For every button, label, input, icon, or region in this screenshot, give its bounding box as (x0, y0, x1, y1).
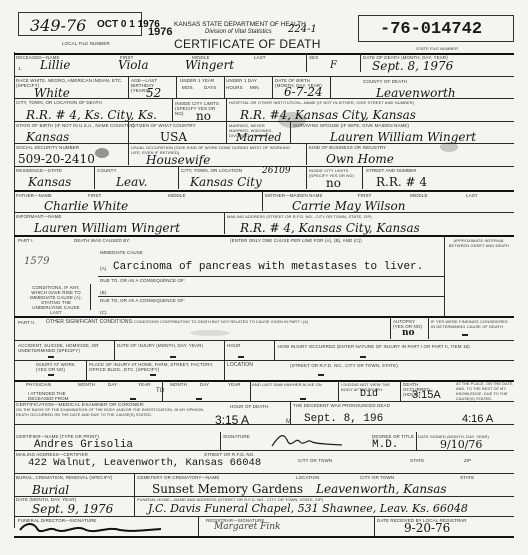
findings-label: IF YES WERE FINDINGS CONSIDERED IN DETER… (431, 319, 513, 329)
due-to-label: DUE TO, OR AS A CONSEQUENCE OF: (100, 298, 185, 303)
division-name: Division of Vital Statistics (205, 29, 272, 35)
to-month-label: MONTH (170, 382, 187, 387)
row-divider (14, 190, 514, 192)
col-divider (306, 144, 307, 165)
col-divider (290, 122, 291, 143)
deceased-last-name: Wingert (185, 58, 234, 72)
under1-days-label: DAYS (204, 85, 216, 90)
attended-to-blank (196, 398, 202, 400)
date-of-death: Sept. 8, 1976 (372, 59, 453, 73)
interval-label: APPROXIMATE INTERVAL BETWEEN ONSET AND D… (446, 238, 512, 248)
hospital-value: R.R. #4, Kansas City, Kansas (240, 108, 416, 122)
injury-location-label: LOCATION (227, 363, 253, 368)
at-work-blank (48, 374, 54, 376)
autopsy-value: no (402, 328, 415, 338)
col-divider (330, 77, 331, 98)
col-divider (444, 236, 445, 316)
col-divider (428, 317, 429, 339)
col-divider (226, 99, 227, 121)
under1day-min-label: MIN. (250, 85, 260, 90)
col-divider (250, 381, 251, 401)
mother-first-label: FIRST (358, 193, 372, 198)
informant-address-label: MAILING ADDRESS (STREET OR R.F.D. NO., C… (227, 214, 372, 219)
enter-cause-label: (ENTER ONLY ONE CAUSE PER LINE FOR (a), … (230, 238, 362, 243)
ssn-value: 509-20-2410 (18, 152, 95, 166)
local-file-number: 349-76 (30, 16, 86, 35)
cemetery-city-label: CITY OR TOWN (360, 475, 394, 480)
father-middle-label: MIDDLE (168, 193, 186, 198)
place-injury-label: PLACE OF INJURY AT HOME, FARM, STREET, F… (89, 362, 219, 372)
attended-day-label: DAY (108, 382, 117, 387)
county-label: COUNTY OF DEATH (363, 79, 407, 84)
row-divider (14, 121, 514, 122)
cemetery-name: Sunset Memory Gardens (152, 482, 303, 496)
row-divider (14, 424, 514, 425)
col-divider (374, 516, 375, 536)
row-divider (14, 76, 514, 77)
address-state-label: STATE (410, 458, 424, 463)
how-injury-blank (360, 356, 366, 358)
cemetery-state-label: STATE (460, 475, 474, 480)
col-divider (162, 381, 163, 401)
location-blank (318, 374, 324, 376)
death-occurred-note: AT THE PLACE, ON THE DATE, AND, TO THE B… (456, 382, 514, 402)
dept-name: KANSAS STATE DEPARTMENT OF HEALTH (174, 21, 306, 28)
findings-blank (462, 334, 468, 336)
address-city-label: CITY OR TOWN (298, 458, 332, 463)
other-conditions-label: OTHER SIGNIFICANT CONDITIONS: (46, 320, 134, 325)
residence-county: Leav. (116, 175, 147, 189)
ssn-label: SOCIAL SECURITY NUMBER (16, 145, 79, 150)
deceased-first-name: Lillie (40, 58, 70, 72)
father-first-label: FIRST (88, 193, 102, 198)
col-divider (94, 167, 95, 189)
disposition-method-label: BURIAL, CREMATION, REMOVAL (SPECIFY) (16, 475, 126, 480)
residence-street: R.R. # 4 (376, 175, 427, 189)
field-number: 1. (18, 66, 22, 71)
col-divider (172, 99, 173, 121)
accident-blank (48, 356, 54, 358)
col-divider (362, 167, 363, 189)
father-name: Charlie White (44, 199, 128, 213)
part2-label: PART II. (18, 320, 35, 325)
injury-date-label: DATE OF INJURY (MONTH, DAY, YEAR) (117, 343, 203, 348)
informant-label: INFORMANT—NAME (16, 214, 62, 219)
death-occurred-hour: 3:15A (412, 389, 441, 401)
injury-date-blank (170, 356, 176, 358)
col-divider (224, 77, 225, 98)
cause-line (98, 276, 444, 277)
attended-month-label: MONTH (78, 382, 95, 387)
state-file-label: STATE FILE NUMBER (416, 46, 458, 51)
injury-hour-label: HOUR (227, 343, 241, 348)
hour-of-death-label: HOUR OF DEATH (230, 404, 268, 409)
row-divider (14, 536, 514, 538)
row-divider (14, 340, 514, 341)
sex-value: F (330, 60, 337, 71)
immediate-cause: Carcinoma of pancreas with metastases to… (113, 261, 423, 273)
to-label: TO (156, 389, 164, 394)
residence-state: Kansas (28, 175, 71, 189)
state-file-number: -76-014742 (380, 20, 482, 39)
cemetery-location: Leavenworth, Kansas (316, 482, 447, 496)
col-divider (306, 167, 307, 189)
col-divider (272, 77, 273, 98)
col-divider (226, 122, 227, 143)
city-label: CITY, TOWN, OR LOCATION OF DEATH (16, 100, 102, 105)
attended-label: I ATTENDED THE DECEASED FROM (28, 391, 72, 401)
col-divider (306, 54, 307, 72)
disposition-date: Sept. 9, 1976 (32, 502, 113, 516)
date-of-birth: 6-7-24 (284, 85, 323, 99)
mother-label: MOTHER—MAIDEN NAME (265, 193, 323, 198)
residence-city-code: 26109 (262, 166, 291, 176)
part1-label: PART I. (18, 238, 34, 243)
injury-hour-blank (238, 356, 244, 358)
col-divider (220, 432, 221, 450)
local-file-label: LOCAL FILE NUMBER (62, 41, 110, 46)
col-divider (176, 77, 177, 98)
cause-a-mark: (a) (100, 266, 106, 271)
certifier-signature (270, 430, 350, 450)
mother-middle-label: MIDDLE (410, 193, 428, 198)
col-divider (338, 381, 339, 401)
mother-name: Carrie May Wilson (292, 199, 406, 213)
father-label: FATHER—NAME (16, 193, 52, 198)
disposition-method: Burial (32, 483, 69, 497)
registrar-signature: Margaret Fink (214, 522, 281, 532)
col-divider (178, 167, 179, 189)
col-divider (390, 317, 391, 339)
city-of-death: R.R. # 4, Ks. City, Ks. (26, 108, 157, 122)
race-label: RACE WHITE, NEGRO, AMERICAN INDIAN, ETC.… (16, 78, 126, 88)
to-day-label: DAY (200, 382, 209, 387)
residence-county-label: COUNTY (97, 168, 117, 173)
physician-label: PHYSICIAN (26, 382, 51, 387)
residence-state-label: RESIDENCE—STATE (16, 168, 62, 173)
cause-c-mark: (c) (100, 310, 107, 315)
under1day-label: UNDER 1 DAY (226, 78, 257, 83)
col-divider (86, 361, 87, 380)
row-divider (14, 450, 514, 451)
citizen-label: CITIZEN OF WHAT COUNTRY (131, 123, 196, 128)
col-divider (198, 516, 199, 536)
row-divider (14, 360, 514, 361)
attended-year-label: YEAR (138, 382, 151, 387)
business-value: Own Home (326, 152, 394, 166)
received-date: 9-20-76 (404, 521, 450, 535)
under1day-hours-label: HOURS (226, 85, 243, 90)
due-to-label: DUE TO, OR AS A CONSEQUENCE OF: (100, 278, 185, 283)
cause-code: 1579 (24, 256, 49, 267)
division-note: 224-1 (288, 24, 317, 35)
stamp-year: 1976 (148, 26, 172, 38)
injury-location-note: (STREET OR R.F.D. NO., CITY OR TOWN, STA… (290, 363, 398, 368)
row-divider (14, 473, 514, 474)
how-injury-label: HOW INJURY OCCURRED (ENTER NATURE OF INJ… (278, 344, 470, 349)
other-conditions-note: CONDITIONS CONTRIBUTING TO DEATH BUT NOT… (134, 320, 308, 325)
at-work-label: INJURY AT WORK (YES OR NO) (36, 362, 76, 372)
funeral-home: J.C. Davis Funeral Chapel, 531 Shawnee, … (148, 502, 468, 515)
hospital-label: HOSPITAL OR OTHER INSTITUTION—NAME (IF N… (229, 100, 414, 105)
row-divider (14, 516, 514, 517)
last-saw-blank (300, 398, 306, 400)
occupation-value: Housewife (146, 153, 210, 167)
col-divider (224, 341, 225, 360)
col-divider (128, 122, 129, 143)
col-divider (360, 54, 361, 72)
last-saw-label: AND LAST SAW HIM/HER ALIVE ON (252, 382, 324, 387)
under1-label: UNDER 1 YEAR (180, 78, 214, 83)
col-divider (90, 284, 91, 310)
certifier-address: 422 Walnut, Leavenworth, Kansas 66048 (28, 457, 261, 469)
residence-city-label: CITY, TOWN, OR LOCATION (181, 168, 242, 173)
residence-inside: no (326, 176, 341, 190)
business-label: KIND OF BUSINESS OR INDUSTRY (309, 145, 386, 150)
signature-label: SIGNATURE (223, 434, 250, 439)
address-zip-label: ZIP (464, 458, 471, 463)
col-divider (134, 474, 135, 516)
citizen-value: USA (160, 130, 187, 144)
row-divider (14, 401, 514, 402)
cause-line (98, 296, 444, 297)
col-divider (128, 144, 129, 165)
last-label: LAST (254, 55, 266, 60)
caused-by-label: DEATH WAS CAUSED BY: (74, 238, 131, 243)
col-divider (224, 361, 225, 380)
spouse-label: SURVIVING SPOUSE (IF WIFE, GIVE MAIDEN N… (293, 123, 409, 128)
col-divider (224, 213, 225, 234)
attended-from-blank (130, 398, 136, 400)
col-divider (290, 402, 291, 424)
sex-label: SEX (309, 55, 318, 60)
row-divider (14, 235, 514, 237)
row-divider (14, 212, 514, 213)
under1-mos-label: MOS. (182, 85, 194, 90)
certificate-title: CERTIFICATE OF DEATH (174, 37, 321, 51)
col-divider (416, 432, 417, 450)
informant-name: Lauren William Wingert (34, 221, 180, 235)
col-divider (274, 341, 275, 360)
row-divider (14, 143, 514, 144)
col-divider (114, 341, 115, 360)
conditions-label: CONDITIONS, IF ANY, WHICH GAVE RISE TO I… (26, 285, 86, 315)
funeral-director-signature (16, 520, 166, 536)
residence-city: Kansas City (190, 175, 262, 189)
to-year-label: YEAR (228, 382, 241, 387)
birth-state: Kansas (26, 130, 69, 144)
cemetery-label: CEMETERY OR CREMATORY—NAME (137, 475, 219, 480)
view-body-value: Did (360, 389, 378, 400)
cause-b-mark: (b) (100, 290, 106, 295)
place-blank (150, 374, 156, 376)
death-certificate: 349-76 OCT 0 1 1976 LOCAL FILE NUMBER 19… (0, 0, 528, 555)
street-label: STREET AND NUMBER (366, 168, 417, 173)
deceased-middle-name: Viola (118, 58, 149, 72)
birth-state-label: STATE OF BIRTH (IF NOT IN U.S.A., NAME C… (16, 123, 135, 128)
col-divider (128, 77, 129, 98)
pronounced-label: THE DECEDENT WAS PRONOUNCED DEAD (293, 403, 390, 408)
immediate-cause-label: IMMEDIATE CAUSE (100, 250, 143, 255)
surviving-spouse: Lauren William Wingert (330, 130, 476, 144)
cemetery-location-label: LOCATION (296, 475, 319, 480)
mother-last-label: LAST (466, 193, 478, 198)
accident-label: ACCIDENT, SUICIDE, HOMICIDE, OR UNDETERM… (18, 343, 108, 353)
col-divider (400, 381, 401, 401)
certification-text: ON THE BASIS OF THE EXAMINATION OF THE B… (16, 408, 216, 417)
row-divider (14, 316, 514, 318)
col-divider (262, 191, 263, 211)
row-divider (14, 98, 514, 99)
informant-address: R.R. # 4, Kansas City, Kansas (240, 221, 420, 235)
